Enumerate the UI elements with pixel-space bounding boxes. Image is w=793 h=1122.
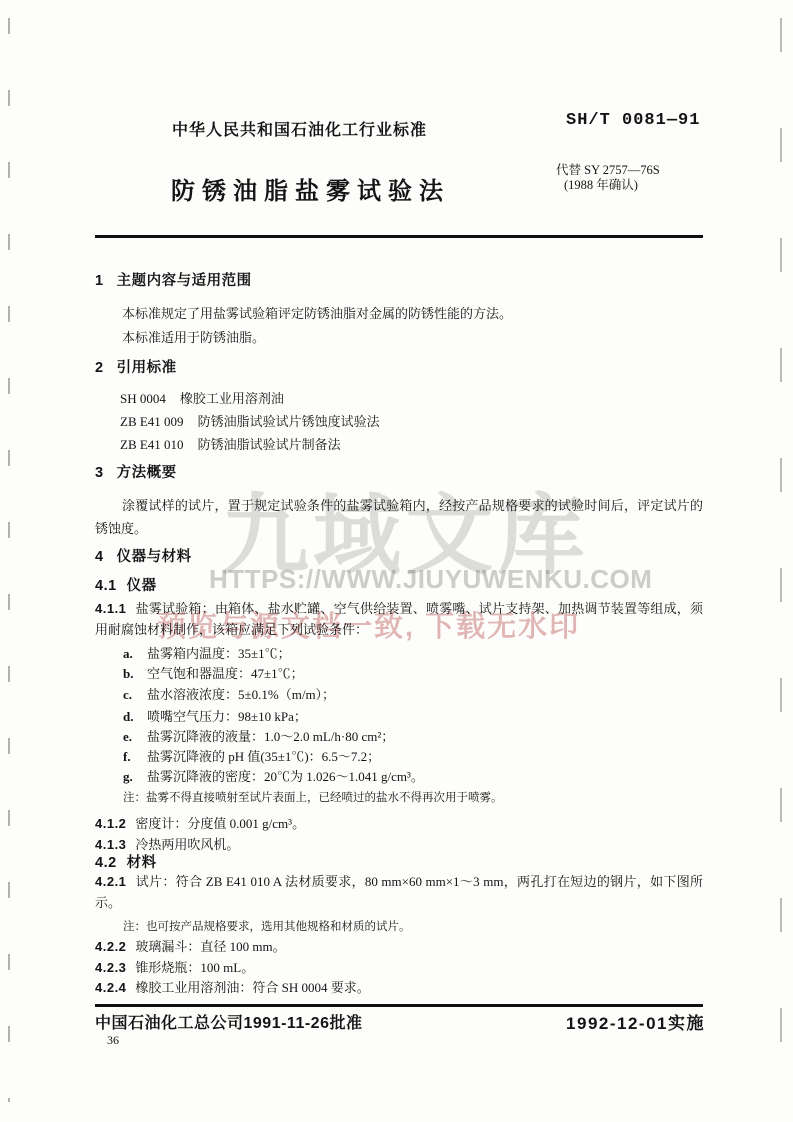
clause-number: 4.2.2 (95, 939, 126, 954)
clause-text: 玻璃漏斗：直径 100 mm。 (135, 939, 285, 954)
condition-text: 盐雾沉降液的密度：20℃为 1.026～1.041 g/cm³。 (147, 769, 424, 784)
note: 注：盐雾不得直接喷射至试片表面上，已经喷过的盐水不得再次用于喷雾。 (95, 789, 731, 807)
reference-code: ZB E41 010 (120, 437, 184, 452)
clause-number: 4.2.1 (95, 874, 126, 889)
header-rule (95, 235, 703, 238)
section-number: 2 (95, 358, 104, 379)
clause-4-2-1: 4.2.1试片：符合 ZB E41 010 A 法材质要求，80 mm×60 m… (95, 871, 703, 913)
paragraph: 涂覆试样的试片，置于规定试验条件的盐雾试验箱内，经按产品规格要求的试验时间后，评… (95, 494, 703, 540)
reference-name: 防锈油脂试验试片制备法 (198, 437, 341, 452)
reference-code: ZB E41 009 (120, 414, 184, 429)
clause-4-2-2: 4.2.2玻璃漏斗：直径 100 mm。 (95, 936, 703, 957)
standard-code: SH/T 0081—91 (566, 111, 700, 130)
clause-text: 冷热两用吹风机。 (135, 837, 239, 852)
section-number: 1 (95, 271, 104, 292)
section-title: 引用标准 (117, 360, 177, 376)
reference-item: ZB E41 009防锈油脂试验试片锈蚀度试验法 (95, 411, 728, 432)
clause-text: 密度计：分度值 0.001 g/cm³。 (135, 816, 305, 831)
clause-number: 4.2.3 (95, 960, 126, 975)
document-title: 防锈油脂盐雾试验法 (171, 171, 450, 206)
condition-key: g. (123, 766, 147, 787)
condition-item: b.空气饱和器温度：47±1℃； (95, 663, 731, 684)
condition-item: c.盐水溶液浓度：5±0.1%（m/m）； (95, 684, 731, 705)
section-title: 材料 (127, 855, 157, 871)
clause-4-1-3: 4.1.3冷热两用吹风机。 (95, 834, 703, 855)
confirmation-note: (1988 年确认) (564, 175, 638, 193)
section-number: 4 (95, 547, 104, 568)
clause-number: 4.1.2 (95, 816, 126, 831)
clause-number: 4.1.1 (95, 601, 126, 616)
section-2-heading: 2引用标准 (95, 358, 703, 379)
clause-4-2-3: 4.2.3锥形烧瓶：100 mL。 (95, 957, 703, 978)
note: 注：也可按产品规格要求，选用其他规格和材质的试片。 (95, 918, 731, 936)
condition-key: f. (123, 746, 147, 767)
footer-rule (95, 1004, 703, 1007)
reference-item: ZB E41 010防锈油脂试验试片制备法 (95, 434, 728, 455)
condition-key: b. (123, 663, 147, 684)
standard-organization-title: 中华人民共和国石油化工行业标准 (172, 117, 427, 140)
clause-number: 4.1.3 (95, 837, 126, 852)
clause-text: 橡胶工业用溶剂油：符合 SH 0004 要求。 (135, 980, 369, 995)
condition-text: 盐雾箱内温度：35±1℃； (147, 646, 291, 661)
section-title: 仪器与材料 (117, 549, 192, 565)
condition-text: 盐雾沉降液的液量：1.0～2.0 mL/h·80 cm²； (147, 729, 394, 744)
condition-text: 盐水溶液浓度：5±0.1%（m/m）； (147, 687, 335, 702)
reference-code: SH 0004 (120, 391, 166, 406)
implementation-statement: 1992-12-01实施 (566, 1009, 705, 1034)
condition-key: a. (123, 643, 147, 664)
condition-key: e. (123, 726, 147, 747)
reference-name: 防锈油脂试验试片锈蚀度试验法 (198, 414, 380, 429)
approval-statement: 中国石油化工总公司1991-11-26批准 (95, 1010, 362, 1033)
section-number: 3 (95, 463, 104, 484)
clause-number: 4.2.4 (95, 980, 126, 995)
condition-text: 盐雾沉降液的 pH 值(35±1℃)：6.5～7.2； (147, 749, 380, 764)
clause-4-1-1: 4.1.1盐雾试验箱：由箱体、盐水贮罐、空气供给装置、喷雾嘴、试片支持架、加热调… (95, 598, 703, 640)
condition-item: e.盐雾沉降液的液量：1.0～2.0 mL/h·80 cm²； (95, 726, 731, 747)
section-4-1-heading: 4.1仪器 (95, 576, 703, 597)
section-1-heading: 1主题内容与适用范围 (95, 271, 703, 292)
section-number: 4.1 (95, 576, 117, 597)
clause-text: 盐雾试验箱：由箱体、盐水贮罐、空气供给装置、喷雾嘴、试片支持架、加热调节装置等组… (95, 601, 703, 637)
condition-key: d. (123, 706, 147, 727)
section-title: 方法概要 (117, 465, 177, 481)
paragraph: 本标准规定了用盐雾试验箱评定防锈油脂对金属的防锈性能的方法。 (95, 303, 703, 324)
condition-text: 喷嘴空气压力：98±10 kPa； (147, 709, 307, 724)
condition-item: d.喷嘴空气压力：98±10 kPa； (95, 706, 731, 727)
condition-key: c. (123, 684, 147, 705)
paragraph: 本标准适用于防锈油脂。 (95, 327, 703, 348)
section-title: 仪器 (127, 578, 157, 594)
condition-text: 空气饱和器温度：47±1℃； (147, 666, 304, 681)
scanned-standard-document-page: 九域文库 HTTPS://WWW.JIUYUWENKU.COM 预览与源文档一致… (0, 0, 793, 1122)
condition-item: f.盐雾沉降液的 pH 值(35±1℃)：6.5～7.2； (95, 746, 731, 767)
clause-text: 试片：符合 ZB E41 010 A 法材质要求，80 mm×60 mm×1～3… (95, 874, 703, 910)
section-3-heading: 3方法概要 (95, 463, 703, 484)
reference-item: SH 0004橡胶工业用溶剂油 (95, 388, 728, 409)
condition-item: a.盐雾箱内温度：35±1℃； (95, 643, 731, 664)
reference-name: 橡胶工业用溶剂油 (180, 391, 284, 406)
condition-item: g.盐雾沉降液的密度：20℃为 1.026～1.041 g/cm³。 (95, 766, 731, 787)
section-title: 主题内容与适用范围 (117, 273, 252, 289)
clause-4-1-2: 4.1.2密度计：分度值 0.001 g/cm³。 (95, 813, 703, 834)
section-4-heading: 4仪器与材料 (95, 547, 703, 568)
clause-4-2-4: 4.2.4橡胶工业用溶剂油：符合 SH 0004 要求。 (95, 977, 703, 998)
clause-text: 锥形烧瓶：100 mL。 (135, 960, 254, 975)
page-number: 36 (107, 1033, 119, 1048)
